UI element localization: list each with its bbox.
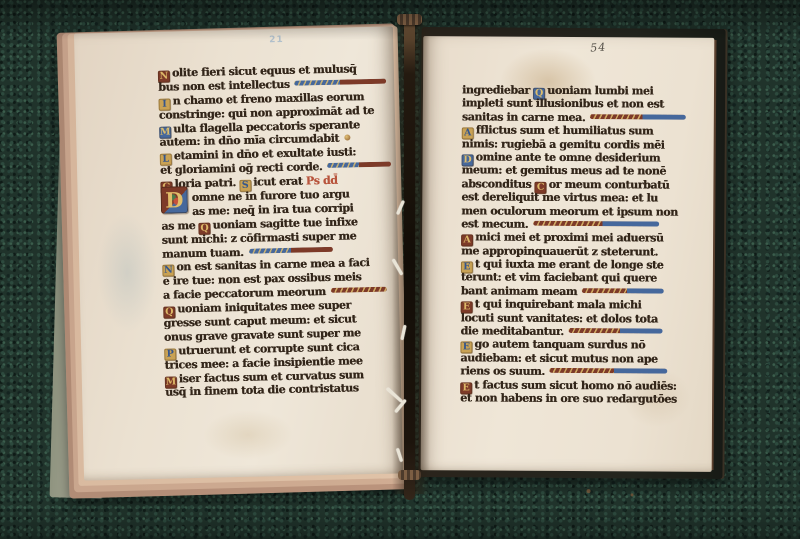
gutter-sewing-slot	[404, 16, 415, 500]
left-text-block: Nolite fieri sicut equus et mulusq̄bus n…	[158, 56, 406, 395]
blue-smudge-stain	[96, 212, 159, 333]
left-page: 21 Nolite fieri sicut equus et mulusq̄bu…	[74, 26, 403, 480]
text-line: et non habens in ore suo redargutōes	[460, 386, 704, 401]
foxing-dot	[587, 489, 591, 493]
headband	[397, 14, 422, 25]
foxing-dot	[631, 493, 634, 496]
tailband	[398, 470, 421, 480]
right-page: 54 ingrediebar Quoniam lumbi meiimpleti …	[421, 36, 715, 472]
gothic-text: et non habens in ore suo redargutōes	[460, 391, 677, 405]
right-text-block: ingrediebar Quoniam lumbi meiimpleti sun…	[460, 78, 706, 401]
gothic-text: usq̄ in finem tota die contristatus	[165, 382, 359, 399]
illuminated-initial-large: D	[160, 186, 188, 214]
parchment-stain	[203, 409, 294, 461]
foliation-number: 21	[269, 35, 284, 45]
page-number: 54	[590, 41, 607, 55]
manuscript-photo: 21 Nolite fieri sicut equus et mulusq̄bu…	[0, 0, 800, 539]
